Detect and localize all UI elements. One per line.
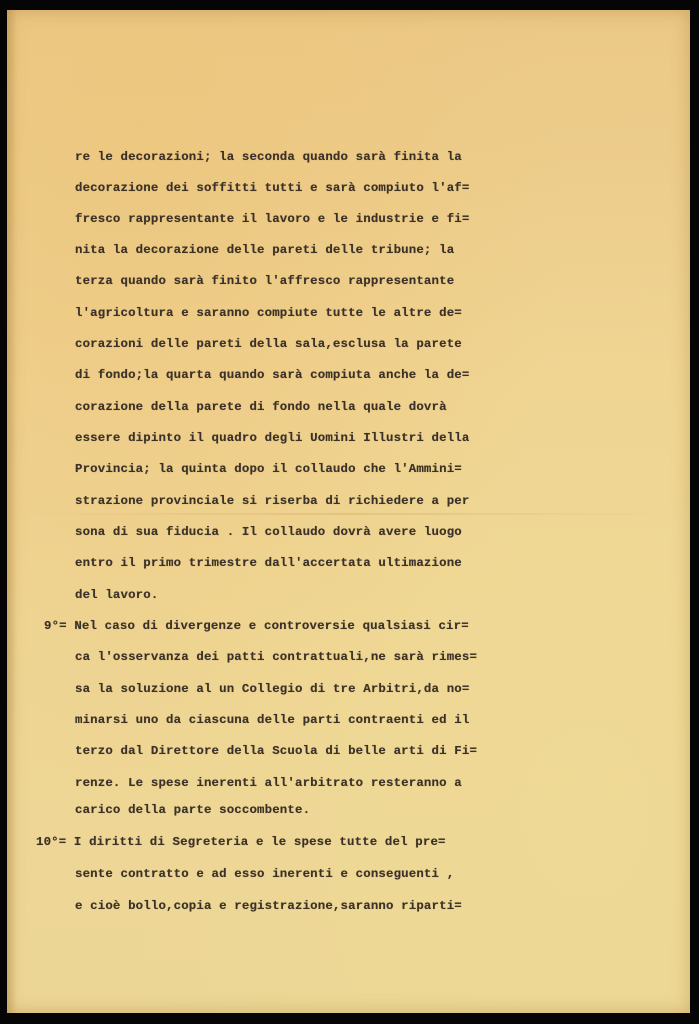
text-line: terzo dal Direttore della Scuola di bell… xyxy=(75,743,477,759)
text-line: ca l'osservanza dei patti contrattuali,n… xyxy=(75,649,477,665)
document-page: re le decorazioni; la seconda quando sar… xyxy=(7,10,690,1013)
text-line: sa la soluzione al un Collegio di tre Ar… xyxy=(75,681,469,697)
numbered-clause-10: 10°= I diritti di Segreteria e le spese … xyxy=(36,834,446,850)
text-line: corazione della parete di fondo nella qu… xyxy=(75,399,447,415)
text-line: corazioni delle pareti della sala,esclus… xyxy=(75,336,462,352)
text-line: decorazione dei soffitti tutti e sarà co… xyxy=(75,180,469,196)
text-line: minarsi uno da ciascuna delle parti cont… xyxy=(75,712,469,728)
text-line: renze. Le spese inerenti all'arbitrato r… xyxy=(75,775,462,791)
text-line: del lavoro. xyxy=(75,587,158,603)
text-line: re le decorazioni; la seconda quando sar… xyxy=(75,149,462,165)
text-line: sona di sua fiducia . Il collaudo dovrà … xyxy=(75,524,462,540)
text-line: carico della parte soccombente. xyxy=(75,802,310,818)
text-line: entro il primo trimestre dall'accertata … xyxy=(75,555,462,571)
text-line: nita la decorazione delle pareti delle t… xyxy=(75,242,454,258)
numbered-clause-9: 9°= Nel caso di divergenze e controversi… xyxy=(44,618,469,634)
text-line: sente contratto e ad esso inerenti e con… xyxy=(75,866,454,882)
text-line: l'agricoltura e saranno compiute tutte l… xyxy=(75,305,462,321)
text-line: Provincia; la quinta dopo il collaudo ch… xyxy=(75,461,462,477)
text-line: essere dipinto il quadro degli Uomini Il… xyxy=(75,430,469,446)
text-line: terza quando sarà finito l'affresco rapp… xyxy=(75,273,454,289)
text-line: strazione provinciale si riserba di rich… xyxy=(75,493,469,509)
text-line: e cioè bollo,copia e registrazione,saran… xyxy=(75,898,462,914)
text-line: fresco rappresentante il lavoro e le ind… xyxy=(75,211,469,227)
paper-fold-line xyxy=(7,513,690,515)
text-line: di fondo;la quarta quando sarà compiuta … xyxy=(75,367,469,383)
